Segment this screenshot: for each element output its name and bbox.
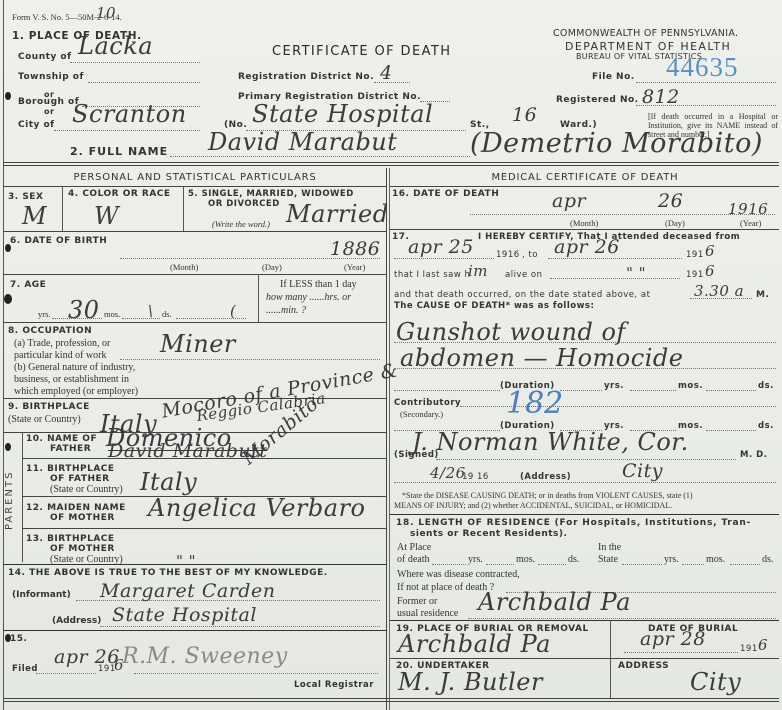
agency-line-1: COMMONWEALTH OF PENNSYLVANIA.	[553, 28, 738, 39]
marital-value: Married	[286, 200, 389, 228]
sex-value: M	[22, 202, 47, 230]
age-label: 7. AGE	[10, 280, 46, 290]
cause-line-2: abdomen — Homocide	[400, 344, 683, 372]
last-saw-pronoun: im	[468, 262, 488, 280]
color-value: W	[94, 202, 119, 230]
punch-hole	[4, 294, 12, 304]
filed-label: Filed	[12, 664, 38, 674]
full-name-label: 2. FULL NAME	[70, 145, 168, 158]
filing-section-label: 15.	[10, 634, 27, 644]
age-mos: \	[148, 302, 154, 320]
county-label: County of	[18, 52, 72, 62]
left-border	[3, 0, 4, 710]
form-mark: 10	[96, 4, 116, 22]
hospital-value: State Hospital	[252, 100, 433, 128]
undertaker-address-label: ADDRESS	[618, 661, 669, 671]
burial-place: Archbald Pa	[398, 630, 551, 658]
marital-label-2: OR DIVORCED	[208, 199, 280, 209]
father-birthplace-label-2: OF FATHER	[50, 474, 110, 484]
coroner-address: City	[622, 460, 663, 482]
cause-line-1: Gunshot wound of	[396, 318, 626, 346]
certificate-title: CERTIFICATE OF DEATH	[272, 44, 451, 59]
burial-date: apr 28	[640, 628, 706, 650]
father-birthplace-value: Italy	[140, 468, 197, 496]
last-saw-year: 6	[705, 262, 715, 280]
registered-no-label: Registered No.	[556, 95, 639, 105]
borough-label: Borough of	[18, 97, 79, 107]
residence-label-1: 18. LENGTH OF RESIDENCE (For Hospitals, …	[396, 518, 751, 528]
full-name-correction: (Demetrio Morabito)	[470, 128, 763, 159]
punch-hole	[5, 92, 11, 100]
signed-date: 4/26	[430, 464, 466, 482]
informant-address: State Hospital	[112, 604, 257, 626]
dod-day: 26	[658, 190, 683, 212]
punch-hole	[5, 244, 11, 252]
township-label: Township of	[18, 72, 84, 82]
personal-header: PERSONAL AND STATISTICAL PARTICULARS	[10, 172, 380, 183]
undertaker-value: M. J. Butler	[398, 668, 543, 696]
footnote-1: *State the DISEASE CAUSING DEATH; or in …	[402, 491, 693, 500]
parents-side-label: PARENTS	[4, 471, 15, 530]
residence-label-2: sients or Recent Residents).	[410, 529, 567, 539]
death-time: 3.30 a	[694, 282, 744, 300]
registration-district-value: 4	[380, 62, 393, 84]
city-value: Scranton	[72, 100, 187, 128]
father-label-1: 10. NAME OF	[26, 434, 97, 444]
dod-year: 1916	[728, 200, 768, 218]
registration-district-label: Registration District No.	[238, 72, 374, 82]
dob-label: 6. DATE OF BIRTH	[10, 236, 107, 246]
last-saw-date: " "	[626, 264, 646, 282]
informant-statement: 14. THE ABOVE IS TRUE TO THE BEST OF MY …	[8, 568, 328, 578]
registrar-signature: R.M. Sweeney	[122, 644, 288, 669]
medical-header: MEDICAL CERTIFICATE OF DEATH	[392, 172, 778, 183]
undertaker-address: City	[690, 668, 741, 696]
mother-value: Angelica Verbaro	[148, 494, 365, 522]
birthplace-label: 9. BIRTHPLACE	[8, 402, 90, 412]
registered-no-value: 812	[642, 86, 680, 108]
mother-birthplace-label-1: 13. BIRTHPLACE	[26, 534, 115, 544]
footnote-2: MEANS OF INJURY; and (2) whether ACCIDEN…	[394, 501, 672, 510]
occupation-value: Miner	[160, 330, 236, 358]
age-years: 30	[68, 296, 100, 324]
former-residence: Archbald Pa	[478, 588, 631, 616]
file-no-stamp: 44635	[666, 52, 739, 83]
cause-label: The CAUSE OF DEATH* was as follows:	[394, 301, 594, 311]
city-label: City of	[18, 120, 55, 130]
st-value: 16	[512, 104, 537, 126]
mother-label-2: OF MOTHER	[50, 513, 115, 523]
informant-value: Margaret Carden	[100, 580, 275, 602]
sex-label: 3. SEX	[8, 192, 43, 202]
mother-label-1: 12. MAIDEN NAME	[26, 503, 126, 513]
color-label: 4. COLOR OR RACE	[68, 189, 171, 199]
occupation-label: 8. OCCUPATION	[8, 326, 92, 336]
attended-to-year: 6	[705, 242, 715, 260]
burial-year: 6	[758, 636, 768, 654]
punch-hole	[5, 634, 11, 642]
contributory-code: 182	[506, 386, 563, 421]
file-no-label: File No.	[592, 72, 635, 82]
dod-label: 16. DATE OF DEATH	[392, 189, 499, 199]
death-certificate: Form V. S. No. 5—50M-2-6-14. 10 1. PLACE…	[0, 0, 782, 710]
attended-to: apr 26	[554, 236, 620, 258]
father-birthplace-label-1: 11. BIRTHPLACE	[26, 464, 115, 474]
age-ds: (	[230, 302, 236, 320]
full-name-value: David Marabut	[208, 128, 397, 156]
marital-label-1: 5. SINGLE, MARRIED, WIDOWED	[188, 189, 354, 199]
informant-label: (Informant)	[12, 590, 71, 600]
coroner-signature: J. Norman White, Cor.	[412, 428, 689, 456]
marital-hint: (Write the word.)	[212, 219, 270, 229]
dob-year: 1886	[330, 238, 380, 260]
dod-month: apr	[552, 190, 586, 212]
county-value: Lacka	[78, 32, 153, 60]
column-divider	[386, 168, 387, 710]
father-label-2: FATHER	[50, 444, 91, 454]
informant-address-label: (Address)	[52, 616, 101, 626]
registrar-label: Local Registrar	[294, 680, 374, 690]
mother-birthplace-label-2: OF MOTHER	[50, 544, 115, 554]
punch-hole	[5, 443, 11, 451]
attended-from: apr 25	[408, 236, 474, 258]
